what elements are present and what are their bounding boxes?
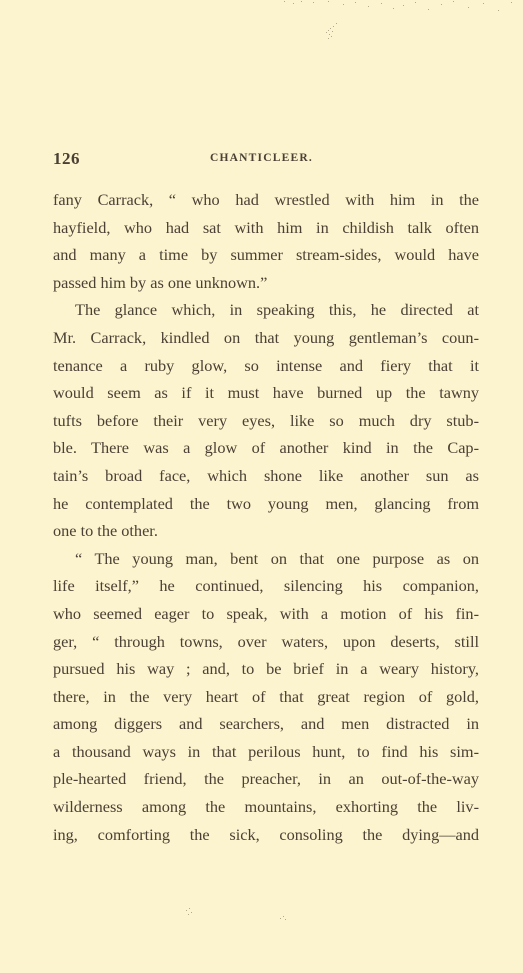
text-line: he contemplated the two young men, glanc… [53,490,479,518]
text-line: would seem as if it must have burned up … [53,379,479,407]
text-line: life itself,” he continued, silencing hi… [53,572,479,600]
text-line: and many a time by summer stream-sides, … [53,241,479,269]
text-line: a thousand ways in that perilous hunt, t… [53,738,479,766]
text-line: there, in the very heart of that great r… [53,683,479,711]
text-line: The glance which, in speaking this, he d… [53,296,479,324]
page-number: 126 [53,149,80,169]
text-line: ble. There was a glow of another kind in… [53,434,479,462]
text-line: tufts before their very eyes, like so mu… [53,407,479,435]
text-line: ing, comforting the sick, consoling the … [53,821,479,849]
text-line: hayfield, who had sat with him in childi… [53,214,479,242]
text-line: who seemed eager to speak, with a motion… [53,600,479,628]
scan-speckles-top [283,0,523,20]
running-head: 126 CHANTICLEER. [53,149,479,171]
text-line: Mr. Carrack, kindled on that young gentl… [53,324,479,352]
text-line: tain’s broad face, which shone like anot… [53,462,479,490]
text-line: ple-hearted friend, the preacher, in an … [53,765,479,793]
text-line: passed him by as one unknown.” [53,269,479,297]
scan-speckles-bottom [185,905,305,935]
body-text: fany Carrack, “ who had wrestled with hi… [53,186,479,848]
running-title: CHANTICLEER. [210,152,313,164]
text-line: one to the other. [53,517,479,545]
text-line: wilderness among the mountains, exhortin… [53,793,479,821]
text-line: fany Carrack, “ who had wrestled with hi… [53,186,479,214]
text-line: among diggers and searchers, and men dis… [53,710,479,738]
text-line: ger, “ through towns, over waters, upon … [53,628,479,656]
text-line: “ The young man, bent on that one purpos… [53,545,479,573]
scan-speckles-mark [324,23,340,41]
text-line: pursued his way ; and, to be brief in a … [53,655,479,683]
text-line: tenance a ruby glow, so intense and fier… [53,352,479,380]
